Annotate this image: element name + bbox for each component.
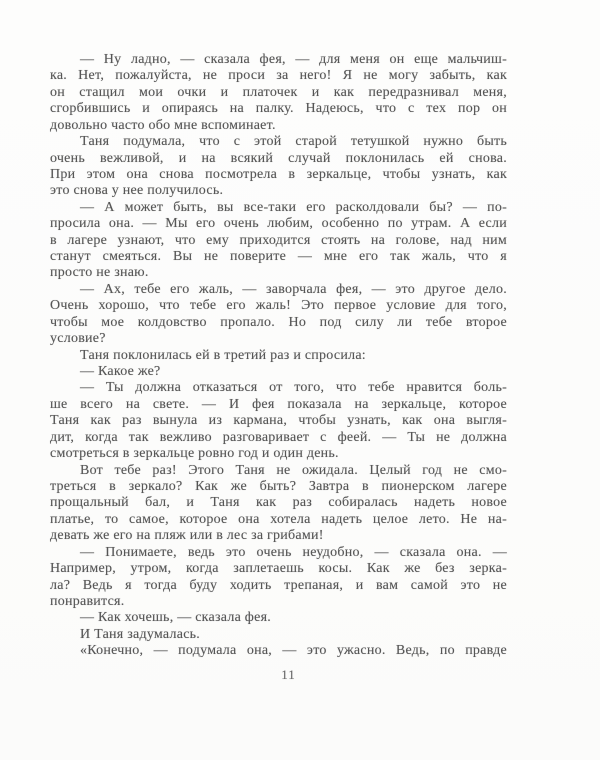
book-page: — Ну ладно, — сказала фея, — для меня он…	[0, 0, 600, 760]
text-line: ла? Ведь я тогда буду ходить трепаная, и…	[50, 578, 507, 594]
text-line: дит, когда так вежливо разговаривает с ф…	[50, 430, 507, 446]
text-line: Таня подумала, что с этой старой тетушко…	[50, 134, 507, 150]
text-line: понравится.	[50, 594, 507, 610]
text-line: очень вежливой, и на всякий случай покло…	[50, 151, 507, 167]
page-number: 11	[50, 667, 527, 683]
text-line: девать же его на пляж или в лес за гриба…	[50, 528, 507, 544]
text-line: — А может быть, вы все-таки его расколдо…	[50, 200, 507, 216]
text-line: станут смеяться. Вы не поверите — мне ег…	[50, 249, 507, 265]
text-line: — Как хочешь, — сказала фея.	[50, 610, 507, 626]
text-line: довольно часто обо мне вспоминает.	[50, 118, 507, 134]
text-line: Например, утром, когда заплетаешь косы. …	[50, 561, 507, 577]
text-line: в лагере узнают, что ему приходится стоя…	[50, 233, 507, 249]
text-line: треться в зеркало? Как же быть? Завтра в…	[50, 479, 507, 495]
text-line: Таня как раз вынула из кармана, чтобы уз…	[50, 413, 507, 429]
text-line: он стащил мои очки и платочек и как пере…	[50, 85, 507, 101]
text-line: прощальный бал, и Таня как раз собиралас…	[50, 495, 507, 511]
text-line: — Ах, тебе его жаль, — заворчала фея, — …	[50, 282, 507, 298]
text-line: Очень хорошо, что тебе его жаль! Это пер…	[50, 298, 507, 314]
text-line: смотреться в зеркальце ровно год и один …	[50, 446, 507, 462]
text-line: просила она. — Мы его очень любим, особе…	[50, 216, 507, 232]
text-line: И Таня задумалась.	[50, 627, 507, 643]
text-line: ше всего на свете. — И фея показала на з…	[50, 397, 507, 413]
text-line: Вот тебе раз! Этого Таня не ожидала. Цел…	[50, 463, 507, 479]
text-line: чтобы мое колдовство пропало. Но под сил…	[50, 315, 507, 331]
text-line: ка. Нет, пожалуйста, не проси за него! Я…	[50, 68, 507, 84]
text-line: просто не знаю.	[50, 265, 507, 281]
text-line: «Конечно, — подумала она, — это ужасно. …	[50, 643, 507, 659]
text-line: — Какое же?	[50, 364, 507, 380]
text-line: условие?	[50, 331, 507, 347]
text-line: При этом она снова посмотрела в зеркальц…	[50, 167, 507, 183]
text-line: платье, то самое, которое она хотела над…	[50, 512, 507, 528]
text-line: — Ну ладно, — сказала фея, — для меня он…	[50, 52, 507, 68]
text-line: это снова у нее получилось.	[50, 183, 507, 199]
text-line: Таня поклонилась ей в третий раз и спрос…	[50, 348, 507, 364]
text-line: — Понимаете, ведь это очень неудобно, — …	[50, 545, 507, 561]
text-line: — Ты должна отказаться от того, что тебе…	[50, 380, 507, 396]
page-text: — Ну ладно, — сказала фея, — для меня он…	[50, 52, 507, 660]
text-line: сгорбившись и опираясь на палку. Надеюсь…	[50, 101, 507, 117]
